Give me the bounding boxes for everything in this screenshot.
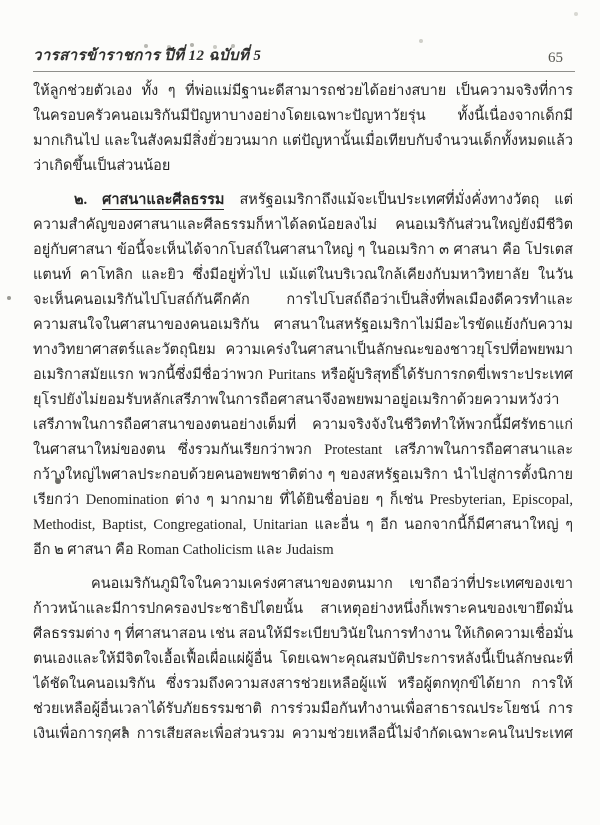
text-line: คนอเมริกันภูมิใจในความเคร่งศาสนาของตนมาก…	[33, 572, 573, 597]
text-line: ทางวิทยาศาสตร์และวัตถุนิยม ความเคร่งในศา…	[33, 338, 573, 363]
text-line: ให้ลูกช่วยตัวเอง ทั้ง ๆ ที่พ่อแม่มีฐานะด…	[33, 79, 573, 104]
page-header: วารสารข้าราชการ ปีที่ 12 ฉบับที่ 5 65	[33, 43, 575, 72]
text-line: ความสนใจในศาสนาของคนอเมริกัน ศาสนาในสหรั…	[33, 313, 573, 338]
text-line: ยุโรปยังไม่ยอมรับหลักเสรีภาพในการถือศาสน…	[33, 388, 573, 413]
section-number: ๒.	[74, 192, 87, 208]
section-religion-morality: ๒. ศาสนาและศีลธรรม สหรัฐอเมริกาถึงแม้จะเ…	[33, 188, 573, 563]
text-line: ในครอบครัวคนอเมริกันมีปัญหาบางอย่างโดยเฉ…	[33, 104, 573, 129]
journal-title: วารสารข้าราชการ ปีที่ 12 ฉบับที่ 5	[33, 43, 261, 67]
text-line: ช่วยเหลือผู้อื่นเวลาได้รับภัยธรรมชาติ กา…	[33, 697, 573, 722]
text-line: แตนท์ คาโทลิก และยิว ซึ่งมีอยู่ทั่วไป แม…	[33, 263, 573, 288]
section-heading-line: ๒. ศาสนาและศีลธรรม สหรัฐอเมริกาถึงแม้จะเ…	[33, 188, 573, 213]
text-line: ได้ชัดในคนอเมริกัน ซึ่งรวมถึงความสงสารช่…	[33, 672, 573, 697]
text-line: อีก ๒ ศาสนา คือ Roman Catholicism และ Ju…	[33, 538, 573, 563]
text-line: เรียกว่า Denomination ต่าง ๆ มากมาย ที่ไ…	[33, 488, 573, 513]
section-body-lines: ความสำคัญของศาสนาและศีลธรรมก็หาได้ลดน้อย…	[33, 213, 573, 563]
page-body: ให้ลูกช่วยตัวเอง ทั้ง ๆ ที่พ่อแม่มีฐานะด…	[33, 79, 573, 756]
text-line: Methodist, Baptist, Congregational, Unit…	[33, 513, 573, 538]
paragraph-american-piety: คนอเมริกันภูมิใจในความเคร่งศาสนาของตนมาก…	[33, 572, 573, 747]
section-title: ศาสนาและศีลธรรม	[102, 192, 224, 210]
text-line: อเมริกาสมัยแรก พวกนี้ซึ่งมีชื่อว่าพวก Pu…	[33, 363, 573, 388]
text-line: ตนเองและให้มีจิตใจเอื้อเฟื้อเผื่อแผ่ผู้อ…	[33, 647, 573, 672]
paragraph-continuation: ให้ลูกช่วยตัวเอง ทั้ง ๆ ที่พ่อแม่มีฐานะด…	[33, 79, 573, 179]
text-line: กว้างใหญ่ไพศาลประกอบด้วยคนอพยพชาติต่าง ๆ…	[33, 463, 573, 488]
text-line: จะเห็นคนอเมริกันไปโบสถ์กันคึกคัก การไปโบ…	[33, 288, 573, 313]
page-number: 65	[548, 50, 575, 67]
text-line: ในศาสนาใหม่ของตน ซึ่งรวมกันเรียกว่าพวก P…	[33, 438, 573, 463]
scanned-journal-page: วารสารข้าราชการ ปีที่ 12 ฉบับที่ 5 65 ให…	[0, 0, 600, 825]
text-line: มากเกินไป และในสังคมมีสิ่งยั่วยวนมาก แต่…	[33, 129, 573, 154]
text-line: อยู่กับศาสนา ข้อนี้จะเห็นได้จากโบสถ์ในศา…	[33, 238, 573, 263]
section-first-line-text: สหรัฐอเมริกาถึงแม้จะเป็นประเทศที่มั่งคั่…	[239, 192, 573, 208]
text-line: ศีลธรรมต่าง ๆ ที่ศาสนาสอน เช่น สอนให้มีร…	[33, 622, 573, 647]
text-line: ความสำคัญของศาสนาและศีลธรรมก็หาได้ลดน้อย…	[33, 213, 573, 238]
scan-artifact-specks	[0, 0, 2, 2]
text-line: เงินเพื่อการกุศล การเสียสละเพื่อส่วนรวม …	[33, 722, 573, 747]
text-line: เสรีภาพในการถือศาสนาของตนอย่างเต็มที่ คว…	[33, 413, 573, 438]
text-line: ก้าวหน้าและมีการปกครองประชาธิปไตยนั้น สา…	[33, 597, 573, 622]
text-line: ว่าเกิดขึ้นเป็นส่วนน้อย	[33, 154, 573, 179]
